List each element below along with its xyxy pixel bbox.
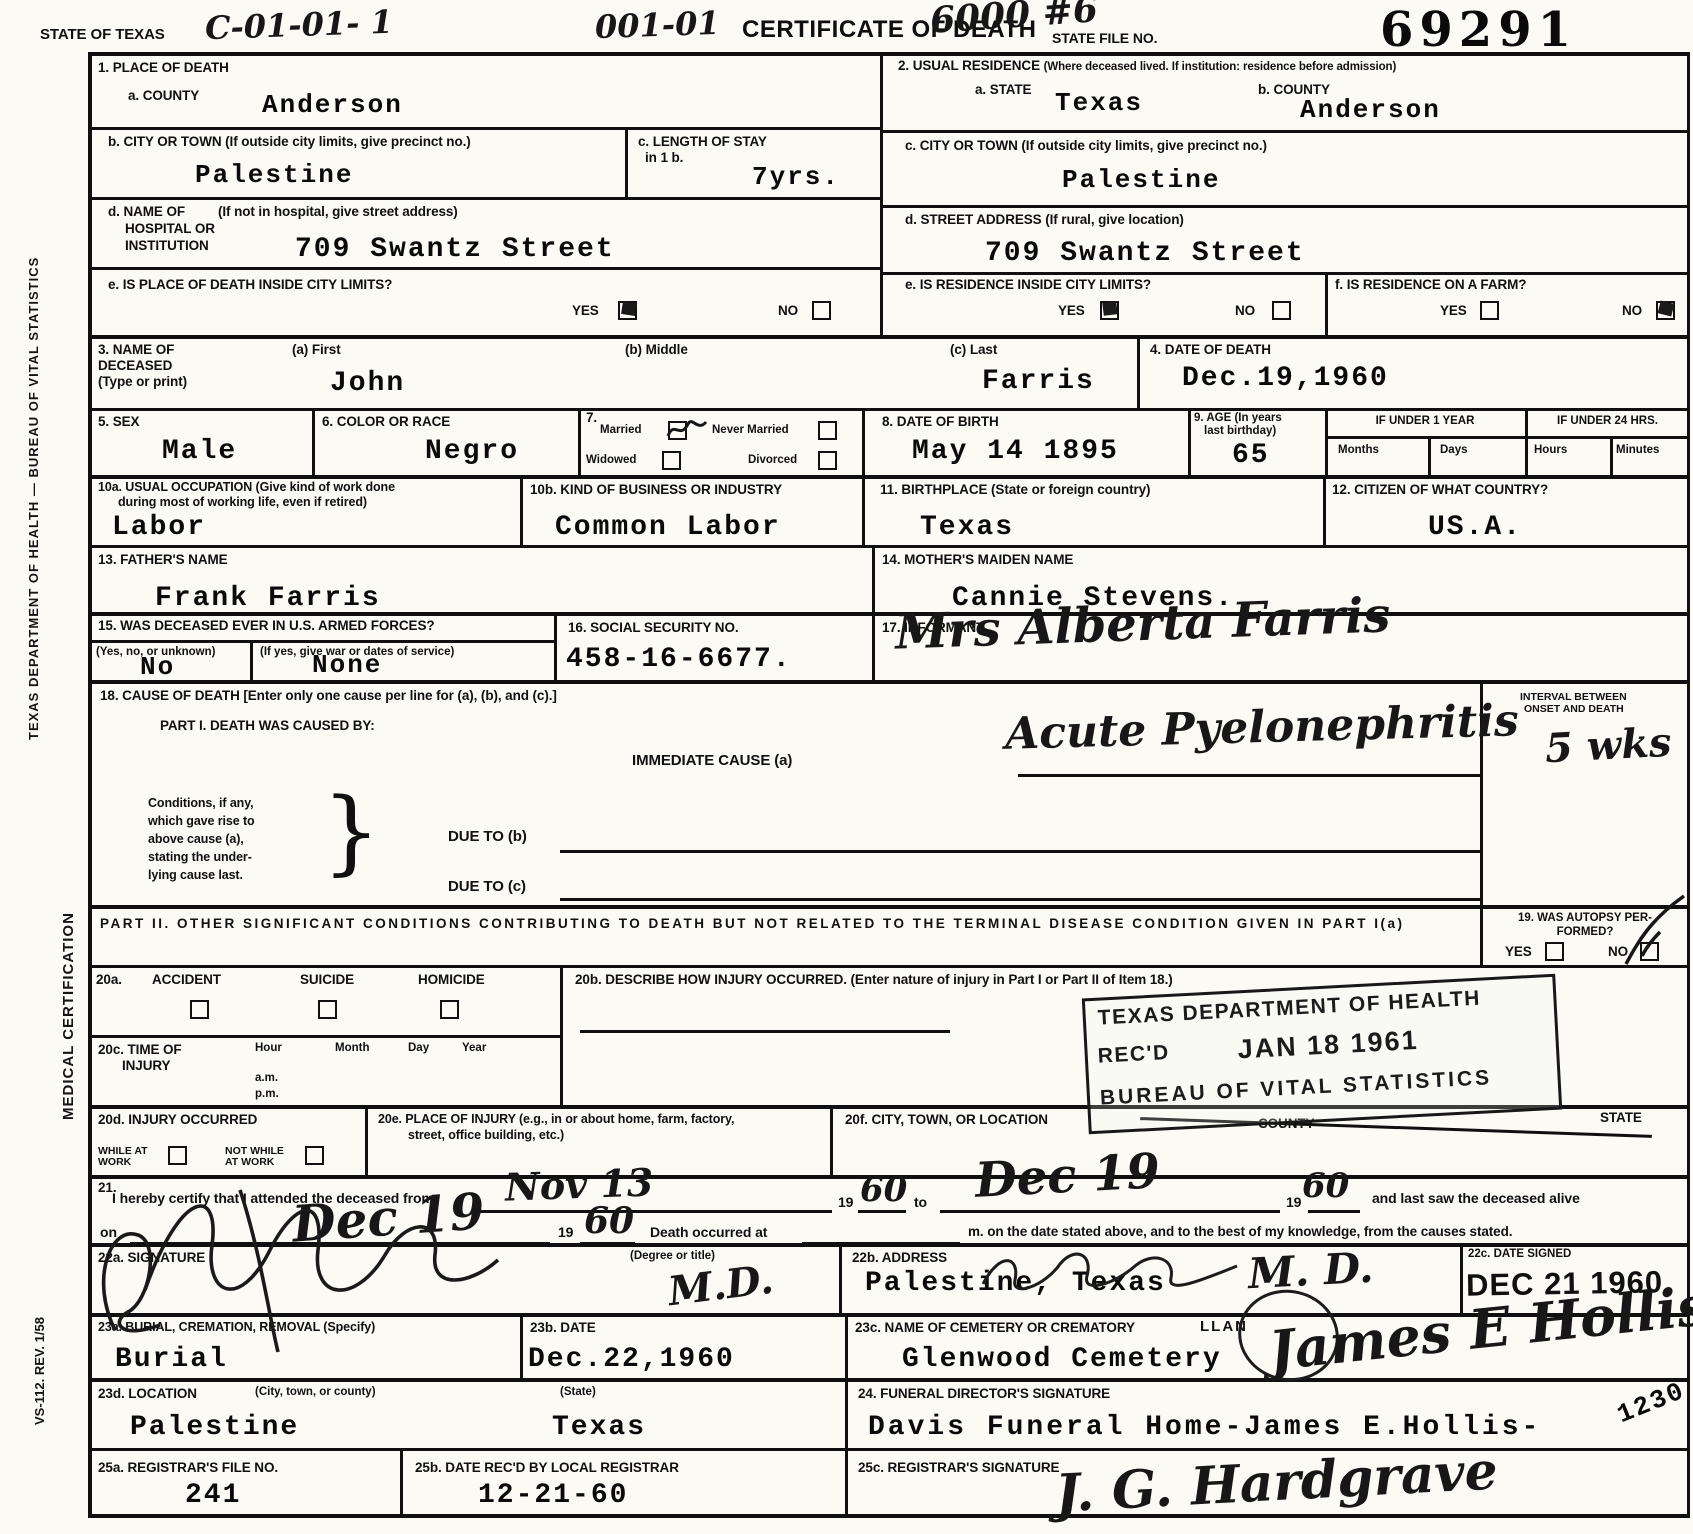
- s24-funeral-director-number: 1230: [1613, 1376, 1690, 1430]
- s25b-date-recd-value: 12-21-60: [478, 1480, 628, 1511]
- s1d-name-label3: INSTITUTION: [125, 238, 209, 254]
- s1e-no-label: NO: [778, 303, 798, 319]
- s21-19-prefix-c: 19: [558, 1224, 573, 1240]
- s20a-accident-label: ACCIDENT: [152, 972, 221, 988]
- s21-to-blank: [940, 1210, 1280, 1213]
- s19-yes-checkbox: [1545, 942, 1564, 961]
- s2a-state-value: Texas: [1055, 88, 1143, 118]
- divider-2e-2f: [1325, 272, 1328, 335]
- s1a-county-value: Anderson: [262, 90, 403, 120]
- s20c-hour-label: Hour: [255, 1042, 282, 1055]
- s20a-accident-checkbox: [190, 1000, 209, 1019]
- s18-immediate-cause-value: Acute Pyelonephritis: [1004, 695, 1519, 759]
- s2e-no-checkbox: [1272, 301, 1291, 320]
- rule-15-header: [88, 640, 554, 643]
- s2c-city-value: Palestine: [1062, 165, 1220, 195]
- s16-ssn-label: 16. SOCIAL SECURITY NO.: [568, 620, 739, 636]
- s25a-registrar-file-label: 25a. REGISTRAR'S FILE NO.: [98, 1460, 278, 1476]
- s2d-street-value: 709 Swantz Street: [985, 238, 1305, 269]
- rule-part2-bottom: [88, 965, 1690, 968]
- s3-label-1: 3. NAME OF: [98, 342, 174, 358]
- s3-first-label: (a) First: [292, 342, 341, 358]
- rule-row5-bottom: [88, 475, 1690, 479]
- divider-15-sub: [250, 640, 253, 680]
- divider-hours-minutes: [1610, 436, 1613, 475]
- s23c-cemetery-value: Glenwood Cemetery: [902, 1344, 1222, 1375]
- s20b-label: 20b. DESCRIBE HOW INJURY OCCURRED. (Ente…: [575, 972, 1173, 988]
- s2c-city-label: c. CITY OR TOWN (If outside city limits,…: [905, 138, 1267, 154]
- s9-months-label: Months: [1338, 444, 1379, 457]
- s20c-year-label: Year: [462, 1042, 486, 1055]
- s21-to-value: Dec 19: [974, 1143, 1162, 1209]
- s10a-label-1: 10a. USUAL OCCUPATION (Give kind of work…: [98, 480, 395, 494]
- s3-first-value: John: [330, 368, 405, 399]
- s1e-no-checkbox: [812, 301, 831, 320]
- s1d-hint: (If not in hospital, give street address…: [218, 204, 458, 220]
- s16-ssn-value: 458-16-6677.: [566, 644, 792, 675]
- s18-conditions-line5: lying cause last.: [148, 868, 243, 882]
- s11-birthplace-value: Texas: [920, 512, 1014, 543]
- s22a-degree-label: (Degree or title): [630, 1250, 715, 1263]
- s15-armed-forces-label: 15. WAS DECEASED EVER IN U.S. ARMED FORC…: [98, 618, 435, 634]
- state-file-no-label: STATE FILE NO.: [1052, 30, 1157, 46]
- s18-immediate-cause-label: IMMEDIATE CAUSE (a): [632, 752, 792, 769]
- s20a-homicide-checkbox: [440, 1000, 459, 1019]
- s1a-county-label: a. COUNTY: [128, 88, 199, 104]
- border-top: [88, 52, 1690, 56]
- divider-20a-20b: [560, 965, 563, 1105]
- s2e-yes-label: YES: [1058, 303, 1085, 319]
- s2f-farm-label: f. IS RESIDENCE ON A FARM?: [1335, 277, 1526, 293]
- s1e-yes-label: YES: [572, 303, 599, 319]
- s14-mother-label: 14. MOTHER'S MAIDEN NAME: [882, 552, 1073, 568]
- s25a-registrar-file-value: 241: [185, 1480, 241, 1511]
- border-bottom: [88, 1514, 1690, 1518]
- s23d-city-value: Palestine: [130, 1412, 299, 1443]
- s22b-degree-overlay: M. D.: [1247, 1243, 1375, 1298]
- divider-23b-23c: [845, 1313, 848, 1378]
- s15-sub1-value: No: [140, 652, 175, 682]
- s20a-homicide-label: HOMICIDE: [418, 972, 485, 988]
- s9-hours-label: Hours: [1534, 444, 1567, 457]
- s10b-label: 10b. KIND OF BUSINESS OR INDUSTRY: [530, 482, 782, 498]
- rule-20a-bottom: [88, 1035, 560, 1038]
- rule-row15-bottom: [88, 680, 1690, 684]
- s1d-name-label1: d. NAME OF: [108, 204, 185, 220]
- s21-text-3: Death occurred at: [650, 1224, 767, 1240]
- s9-under1yr-header: IF UNDER 1 YEAR: [1325, 415, 1525, 428]
- divider-22a-22b: [839, 1243, 842, 1313]
- s8-dob-value: May 14 1895: [912, 436, 1119, 467]
- rule-row10-bottom: [88, 545, 1690, 548]
- s21-from-year-blank: [858, 1210, 906, 1213]
- s6-race-value: Negro: [425, 436, 519, 467]
- s1d-name-label2: HOSPITAL OR: [125, 221, 215, 237]
- s20a-suicide-checkbox: [318, 1000, 337, 1019]
- s21-19-prefix-a: 19: [838, 1194, 853, 1210]
- rule-cause-bottom: [88, 905, 1690, 909]
- s2-title-hint: (Where deceased lived. If institution: r…: [1044, 61, 1397, 73]
- s2-title: 2. USUAL RESIDENCE (Where deceased lived…: [898, 58, 1396, 74]
- s25c-registrar-signature: J. G. Hardgrave: [1054, 1440, 1499, 1524]
- s21-to-year-value: 60: [1302, 1166, 1349, 1206]
- s18-conditions-line4: stating the under-: [148, 850, 252, 864]
- divider-3-4: [1137, 335, 1140, 408]
- s3-last-value: Farris: [982, 366, 1095, 397]
- divider-15-16: [554, 612, 557, 680]
- s21-from-blank: [478, 1210, 832, 1213]
- s1d-address-value: 709 Swantz Street: [295, 234, 615, 265]
- s9-age-label-1: 9. AGE (In years: [1194, 412, 1282, 425]
- s20f-state-label: STATE: [1600, 1110, 1642, 1126]
- s15-sub2-value: None: [312, 650, 382, 680]
- s4-date-of-death-label: 4. DATE OF DEATH: [1150, 342, 1271, 358]
- s18-conditions-line1: Conditions, if any,: [148, 796, 254, 810]
- margin-medical-certification-vertical-text: MEDICAL CERTIFICATION: [60, 855, 77, 1120]
- s23c-cemetery-label: 23c. NAME OF CEMETERY OR CREMATORY: [855, 1320, 1135, 1336]
- received-stamp-recd: REC'D: [1097, 1041, 1170, 1069]
- divider-25a-25b: [400, 1448, 403, 1514]
- death-certificate-scan: TEXAS DEPARTMENT OF HEALTH — BUREAU OF V…: [0, 0, 1693, 1534]
- s10b-industry-value: Common Labor: [555, 512, 781, 543]
- s2b-county-value: Anderson: [1300, 95, 1441, 125]
- header-state-label: STATE OF TEXAS: [40, 26, 165, 43]
- divider-10a-10b: [520, 475, 523, 545]
- s18-title: 18. CAUSE OF DEATH [Enter only one cause…: [100, 688, 557, 704]
- s6-race-label: 6. COLOR OR RACE: [322, 414, 450, 430]
- s20c-am-label: a.m.: [255, 1072, 278, 1085]
- s1e-yes-checkmark: [621, 301, 637, 316]
- s20c-pm-label: p.m.: [255, 1088, 279, 1101]
- s22b-address-label: 22b. ADDRESS: [852, 1250, 947, 1266]
- divider-10b-11: [862, 475, 865, 545]
- divider-s1-s2: [880, 52, 883, 335]
- s23d-hint-city: (City, town, or county): [255, 1386, 376, 1399]
- divider-months-days: [1428, 436, 1431, 475]
- s3-last-label: (c) Last: [950, 342, 997, 358]
- physician-signature-scribble: [90, 1130, 510, 1355]
- s23d-hint-state: (State): [560, 1386, 596, 1399]
- s2f-no-label: NO: [1622, 303, 1642, 319]
- s9-age-label-2: last birthday): [1204, 425, 1276, 438]
- s12-citizen-label: 12. CITIZEN OF WHAT COUNTRY?: [1332, 482, 1548, 498]
- s20a-label: 20a.: [96, 972, 122, 988]
- s18-due-b-line: [560, 850, 1480, 853]
- s10a-occupation-value: Labor: [112, 512, 206, 543]
- s2e-citylimits-label: e. IS RESIDENCE INSIDE CITY LIMITS?: [905, 277, 1151, 293]
- rule-row1-bottom: [88, 335, 1690, 339]
- header-handwritten-code-right: 001-01: [594, 4, 720, 46]
- divider-5-6: [312, 408, 315, 475]
- divider-16-17: [872, 612, 875, 680]
- s2f-yes-checkbox: [1480, 301, 1499, 320]
- s18-conditions-line3: above cause (a),: [148, 832, 244, 846]
- margin-department-vertical-text: TEXAS DEPARTMENT OF HEALTH — BUREAU OF V…: [26, 60, 41, 740]
- s23b-date-value: Dec.22,1960: [528, 1344, 735, 1375]
- rule-row3-bottom: [88, 408, 1690, 411]
- s21-to-year-blank: [1308, 1210, 1360, 1213]
- s23d-location-label: 23d. LOCATION: [98, 1386, 197, 1402]
- s18-conditions-brace: }: [322, 786, 381, 878]
- s4-date-of-death-value: Dec.19,1960: [1182, 363, 1389, 394]
- s21-to-word: to: [914, 1194, 927, 1210]
- s21-from-year-value: 60: [860, 1170, 907, 1210]
- s20c-label-1: 20c. TIME OF: [98, 1042, 182, 1058]
- s9-minutes-label: Minutes: [1616, 444, 1659, 457]
- s20c-day-label: Day: [408, 1042, 429, 1055]
- s7-married-label: Married: [600, 424, 642, 437]
- s3-label-3: (Type or print): [98, 374, 187, 390]
- divider-11-12: [1323, 475, 1326, 545]
- s21-19-prefix-b: 19: [1286, 1194, 1301, 1210]
- s7-never-married-label: Never Married: [712, 424, 789, 437]
- s18-due-c-label: DUE TO (c): [448, 878, 526, 895]
- rule-2ab-bottom: [880, 130, 1690, 133]
- s20d-label: 20d. INJURY OCCURRED: [98, 1112, 257, 1128]
- rule-23-bottom: [88, 1378, 1690, 1382]
- divider-6-7: [578, 408, 581, 475]
- divider-13-14: [872, 545, 875, 612]
- s18-due-b-label: DUE TO (b): [448, 828, 527, 845]
- s21-from-value: Nov 13: [504, 1159, 654, 1209]
- rule-2c-bottom: [880, 205, 1690, 208]
- s7-widowed-checkbox: [662, 451, 681, 470]
- s2-title-main: 2. USUAL RESIDENCE: [898, 58, 1040, 73]
- s1b-city-value: Palestine: [195, 160, 353, 190]
- s7-widowed-label: Widowed: [586, 454, 636, 467]
- s2e-no-label: NO: [1235, 303, 1255, 319]
- s24-funeral-director-typed: Davis Funeral Home-James E.Hollis-: [868, 1412, 1541, 1443]
- margin-form-revision-vertical-text: VS-112. REV. 1/58: [32, 1165, 47, 1425]
- s18-part1-label: PART I. DEATH WAS CAUSED BY:: [160, 718, 375, 734]
- s21-text-2: and last saw the deceased alive: [1372, 1190, 1580, 1206]
- s1c-length-label: c. LENGTH OF STAY: [638, 134, 767, 150]
- s2d-street-label: d. STREET ADDRESS (If rural, give locati…: [905, 212, 1184, 228]
- divider-1b-1c: [625, 127, 628, 197]
- s18-part2-label: PART II. OTHER SIGNIFICANT CONDITIONS CO…: [100, 916, 1405, 932]
- s2f-yes-label: YES: [1440, 303, 1467, 319]
- s9-days-label: Days: [1440, 444, 1468, 457]
- s13-father-label: 13. FATHER'S NAME: [98, 552, 228, 568]
- s1b-city-label: b. CITY OR TOWN (If outside city limits,…: [108, 134, 471, 150]
- s7-divorced-label: Divorced: [748, 454, 797, 467]
- s18-conditions-line2: which gave rise to: [148, 814, 255, 828]
- s20f-label: 20f. CITY, TOWN, OR LOCATION: [845, 1112, 1048, 1128]
- s5-sex-value: Male: [162, 436, 237, 467]
- s25b-date-recd-label: 25b. DATE REC'D BY LOCAL REGISTRAR: [415, 1460, 679, 1476]
- s1-title: 1. PLACE OF DEATH: [98, 60, 229, 76]
- received-stamp-line1: TEXAS DEPARTMENT OF HEALTH: [1097, 987, 1481, 1031]
- s1e-citylimits-label: e. IS PLACE OF DEATH INSIDE CITY LIMITS?: [108, 277, 392, 293]
- rule-1b-bottom: [88, 197, 880, 200]
- s19-no-checkmark: [1616, 890, 1691, 970]
- s18-interval-value: 5 wks: [1544, 719, 1673, 773]
- s8-dob-label: 8. DATE OF BIRTH: [882, 414, 999, 430]
- s20c-month-label: Month: [335, 1042, 369, 1055]
- s9-age-value: 65: [1232, 440, 1270, 471]
- received-stamp: TEXAS DEPARTMENT OF HEALTH REC'D JAN 18 …: [1082, 974, 1562, 1135]
- s12-citizen-value: US.A.: [1428, 512, 1522, 543]
- s18-immediate-cause-line: [1018, 774, 1480, 777]
- divider-23d-24: [845, 1378, 848, 1448]
- divider-20e-20f: [830, 1105, 833, 1175]
- state-file-number: 69291: [1380, 2, 1577, 58]
- rule-under1yr-sub: [1325, 436, 1690, 439]
- s19-yes-label: YES: [1505, 944, 1532, 960]
- s7-divorced-checkbox: [818, 451, 837, 470]
- divider-23a-23b: [520, 1313, 523, 1378]
- s20a-suicide-label: SUICIDE: [300, 972, 354, 988]
- divider-7-8: [862, 408, 865, 475]
- s7-married-checkmark: [664, 414, 710, 444]
- rule-2d-bottom: [880, 272, 1690, 275]
- rule-1a-bottom: [88, 127, 880, 130]
- divider-8-9: [1188, 408, 1191, 475]
- s9-under24-header: IF UNDER 24 HRS.: [1525, 415, 1690, 428]
- divider-25b-25c: [845, 1448, 848, 1514]
- s7-label: 7.: [586, 410, 597, 426]
- s22a-degree-value: M.D.: [666, 1256, 776, 1315]
- s18-interval-label-1: INTERVAL BETWEEN: [1520, 692, 1627, 704]
- s2e-yes-checkmark: [1102, 301, 1117, 316]
- s1c-length-value: 7yrs.: [752, 162, 840, 192]
- s22b-handwriting-scribble: [975, 1236, 1245, 1300]
- received-stamp-date: JAN 18 1961: [1237, 1025, 1419, 1065]
- s25c-registrar-signature-label: 25c. REGISTRAR'S SIGNATURE: [858, 1460, 1059, 1476]
- s7-never-married-checkbox: [818, 421, 837, 440]
- s1c-length-sub: in 1 b.: [645, 150, 683, 166]
- header-handwritten-code-left: C-01-01- 1: [204, 3, 393, 48]
- s2a-state-label: a. STATE: [975, 82, 1031, 98]
- s5-sex-label: 5. SEX: [98, 414, 139, 430]
- s23d-state-value: Texas: [552, 1412, 646, 1443]
- rule-1d-bottom: [88, 267, 880, 270]
- s22c-date-signed-label: 22c. DATE SIGNED: [1468, 1248, 1571, 1261]
- s3-label-2: DECEASED: [98, 358, 172, 374]
- s18-interval-label-2: ONSET AND DEATH: [1524, 704, 1624, 716]
- s11-birthplace-label: 11. BIRTHPLACE (State or foreign country…: [880, 482, 1150, 498]
- s20c-label-2: INJURY: [122, 1058, 170, 1074]
- s3-middle-label: (b) Middle: [625, 342, 688, 358]
- s13-father-value: Frank Farris: [155, 583, 381, 614]
- s10a-label-2: during most of working life, even if ret…: [118, 495, 367, 509]
- s21-on-year-blank: [580, 1242, 635, 1245]
- s21-death-time-blank: [802, 1242, 960, 1245]
- received-stamp-line3: BUREAU OF VITAL STATISTICS: [1099, 1066, 1492, 1111]
- s20e-label-1: 20e. PLACE OF INJURY (e.g., in or about …: [378, 1112, 734, 1126]
- s18-due-c-line: [560, 898, 1480, 901]
- s20b-answer-line: [580, 1030, 950, 1033]
- s24-funeral-director-label: 24. FUNERAL DIRECTOR'S SIGNATURE: [858, 1386, 1110, 1402]
- s23b-date-label: 23b. DATE: [530, 1320, 596, 1336]
